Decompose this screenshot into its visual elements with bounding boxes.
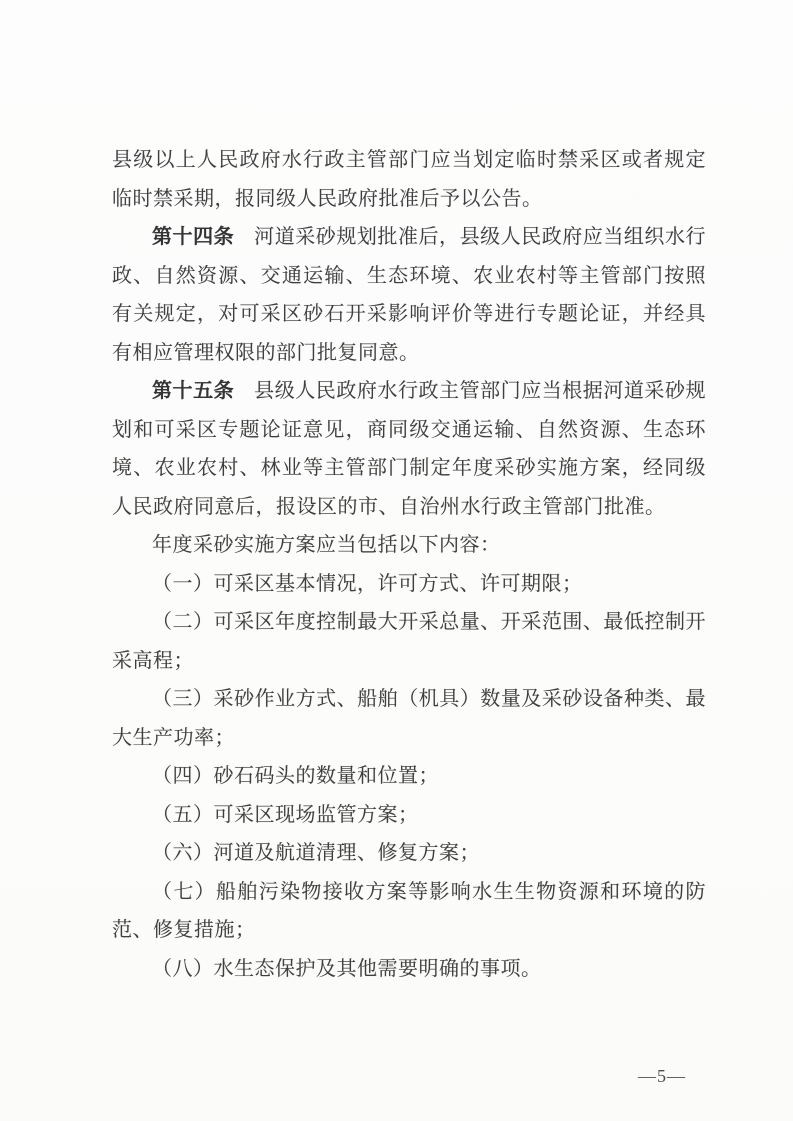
list-item-paragraph: （八）水生态保护及其他需要明确的事项。 [112,950,706,989]
list-item-paragraph: （七）船舶污染物接收方案等影响水生生物资源和环境的防范、修复措施； [112,873,706,950]
list-item-paragraph: （一）可采区基本情况，许可方式、许可期限； [112,565,706,604]
list-item-paragraph: （二）可采区年度控制最大开采总量、开采范围、最低控制开采高程； [112,603,706,680]
article-number-heading: 第十四条 [152,226,234,248]
list-item-paragraph: （三）采砂作业方式、船舶（机具）数量及采砂设备种类、最大生产功率； [112,680,706,757]
page-number: —5— [638,1066,686,1087]
list-item-paragraph: （四）砂石码头的数量和位置； [112,757,706,796]
list-item-paragraph: （五）可采区现场监管方案； [112,796,706,835]
continuation-paragraph: 县级以上人民政府水行政主管部门应当划定临时禁采区或者规定临时禁采期，报同级人民政… [112,141,706,218]
list-item-paragraph: （六）河道及航道清理、修复方案； [112,834,706,873]
article-paragraph: 第十五条县级人民政府水行政主管部门应当根据河道采砂规划和可采区专题论证意见，商同… [112,372,706,526]
body-paragraph: 年度采砂实施方案应当包括以下内容： [112,526,706,565]
article-number-heading: 第十五条 [152,380,234,402]
document-body: 县级以上人民政府水行政主管部门应当划定临时禁采区或者规定临时禁采期，报同级人民政… [112,141,706,988]
document-page: 县级以上人民政府水行政主管部门应当划定临时禁采区或者规定临时禁采期，报同级人民政… [0,0,793,1121]
article-paragraph: 第十四条河道采砂规划批准后，县级人民政府应当组织水行政、自然资源、交通运输、生态… [112,218,706,372]
